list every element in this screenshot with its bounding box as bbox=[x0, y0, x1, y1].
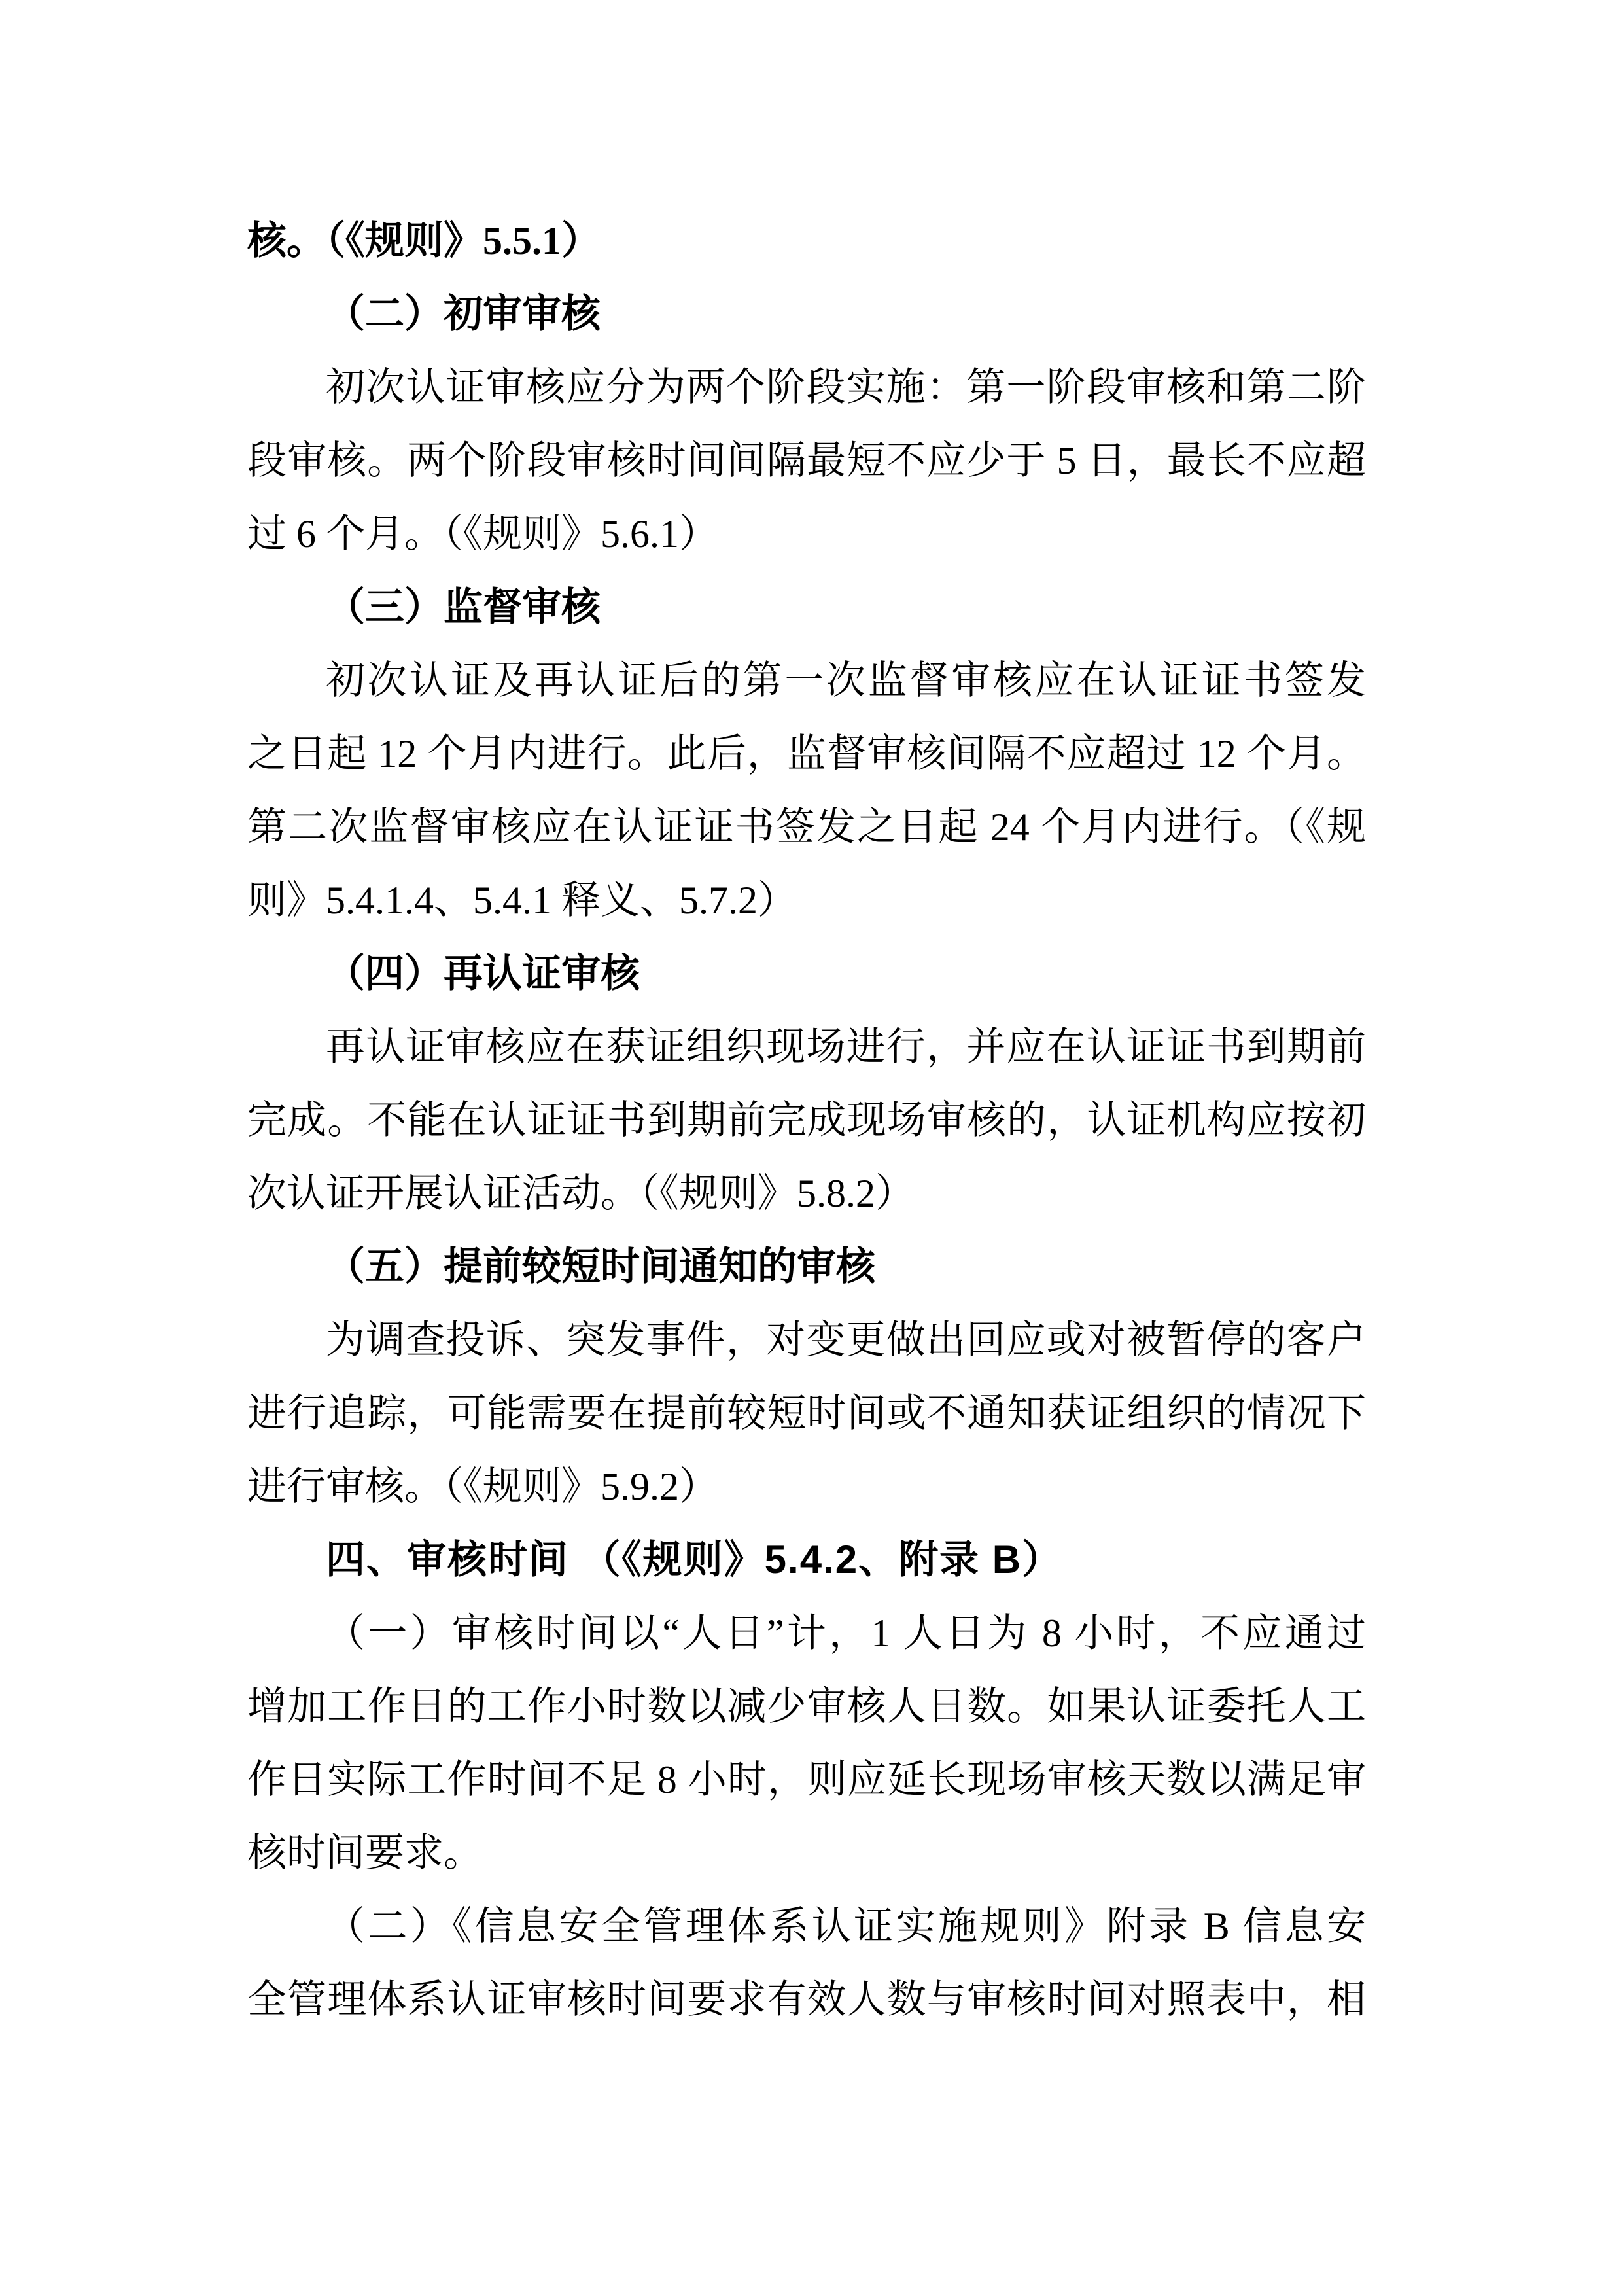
body-text-line: 核。（《规则》5.5.1） bbox=[247, 204, 1366, 277]
body-text-line: 进行追踪，可能需要在提前较短时间或不通知获证组织的情况下 bbox=[247, 1377, 1366, 1450]
body-text-line: 则》5.4.1.4、5.4.1 释义、5.7.2） bbox=[247, 864, 1366, 937]
body-text-line: 作日实际工作时间不足 8 小时，则应延长现场审核天数以满足审 bbox=[247, 1743, 1366, 1816]
body-text-line: 进行审核。（《规则》5.9.2） bbox=[247, 1450, 1366, 1523]
document-page: 核。（《规则》5.5.1）（二）初审审核初次认证审核应分为两个阶段实施：第一阶段… bbox=[0, 0, 1623, 2296]
body-text-line: 完成。不能在认证证书到期前完成现场审核的，认证机构应按初 bbox=[247, 1084, 1366, 1157]
heading-line: （二）初审审核 bbox=[247, 277, 1366, 351]
paragraph-surveillance-audit-body: 初次认证及再认证后的第一次监督审核应在认证证书签发之日起 12 个月内进行。此后… bbox=[247, 644, 1366, 937]
body-text-line: 为调查投诉、突发事件，对变更做出回应或对被暂停的客户 bbox=[247, 1303, 1366, 1377]
subheading-2-initial-audit: （二）初审审核 bbox=[247, 277, 1366, 351]
text-block: 核。（《规则》5.5.1）（二）初审审核初次认证审核应分为两个阶段实施：第一阶段… bbox=[247, 204, 1366, 2036]
body-text-line: 全管理体系认证审核时间要求有效人数与审核时间对照表中，相 bbox=[247, 1963, 1366, 2036]
heading-line: （五）提前较短时间通知的审核 bbox=[247, 1230, 1366, 1303]
body-text-line: 之日起 12 个月内进行。此后，监督审核间隔不应超过 12 个月。 bbox=[247, 717, 1366, 790]
paragraph-recertification-audit-body: 再认证审核应在获证组织现场进行，并应在认证证书到期前完成。不能在认证证书到期前完… bbox=[247, 1010, 1366, 1230]
body-text-line: 过 6 个月。（《规则》5.6.1） bbox=[247, 497, 1366, 571]
body-text-line: 初次认证及再认证后的第一次监督审核应在认证证书签发 bbox=[247, 644, 1366, 717]
body-text-line: 第二次监督审核应在认证证书签发之日起 24 个月内进行。（《规 bbox=[247, 790, 1366, 864]
paragraph-audit-time-item-2: （二）《信息安全管理体系认证实施规则》附录 B 信息安全管理体系认证审核时间要求… bbox=[247, 1890, 1366, 2036]
body-text-line: （二）《信息安全管理体系认证实施规则》附录 B 信息安 bbox=[247, 1890, 1366, 1963]
body-text-line: 增加工作日的工作小时数以减少审核人日数。如果认证委托人工 bbox=[247, 1670, 1366, 1743]
subheading-4-recertification-audit: （四）再认证审核 bbox=[247, 937, 1366, 1010]
body-text-line: 核时间要求。 bbox=[247, 1816, 1366, 1890]
paragraph-short-notice-audit-body: 为调查投诉、突发事件，对变更做出回应或对被暂停的客户进行追踪，可能需要在提前较短… bbox=[247, 1303, 1366, 1523]
paragraph-previous-page-tail: 核。（《规则》5.5.1） bbox=[247, 204, 1366, 277]
section-heading-4-audit-time: 四、审核时间 （《规则》5.4.2、附录 B） bbox=[247, 1523, 1366, 1597]
body-text-line: （一）审核时间以“人日”计，1 人日为 8 小时，不应通过 bbox=[247, 1597, 1366, 1670]
subheading-5-short-notice-audit: （五）提前较短时间通知的审核 bbox=[247, 1230, 1366, 1303]
paragraph-audit-time-item-1: （一）审核时间以“人日”计，1 人日为 8 小时，不应通过增加工作日的工作小时数… bbox=[247, 1597, 1366, 1890]
body-text-line: 初次认证审核应分为两个阶段实施：第一阶段审核和第二阶 bbox=[247, 351, 1366, 424]
body-text-line: 段审核。两个阶段审核时间间隔最短不应少于 5 日，最长不应超 bbox=[247, 424, 1366, 497]
heading-line: 四、审核时间 （《规则》5.4.2、附录 B） bbox=[247, 1523, 1366, 1597]
body-text-line: 次认证开展认证活动。（《规则》5.8.2） bbox=[247, 1157, 1366, 1230]
subheading-3-surveillance-audit: （三）监督审核 bbox=[247, 571, 1366, 644]
paragraph-initial-audit-body: 初次认证审核应分为两个阶段实施：第一阶段审核和第二阶段审核。两个阶段审核时间间隔… bbox=[247, 351, 1366, 571]
heading-line: （四）再认证审核 bbox=[247, 937, 1366, 1010]
body-text-line: 再认证审核应在获证组织现场进行，并应在认证证书到期前 bbox=[247, 1010, 1366, 1084]
heading-line: （三）监督审核 bbox=[247, 571, 1366, 644]
